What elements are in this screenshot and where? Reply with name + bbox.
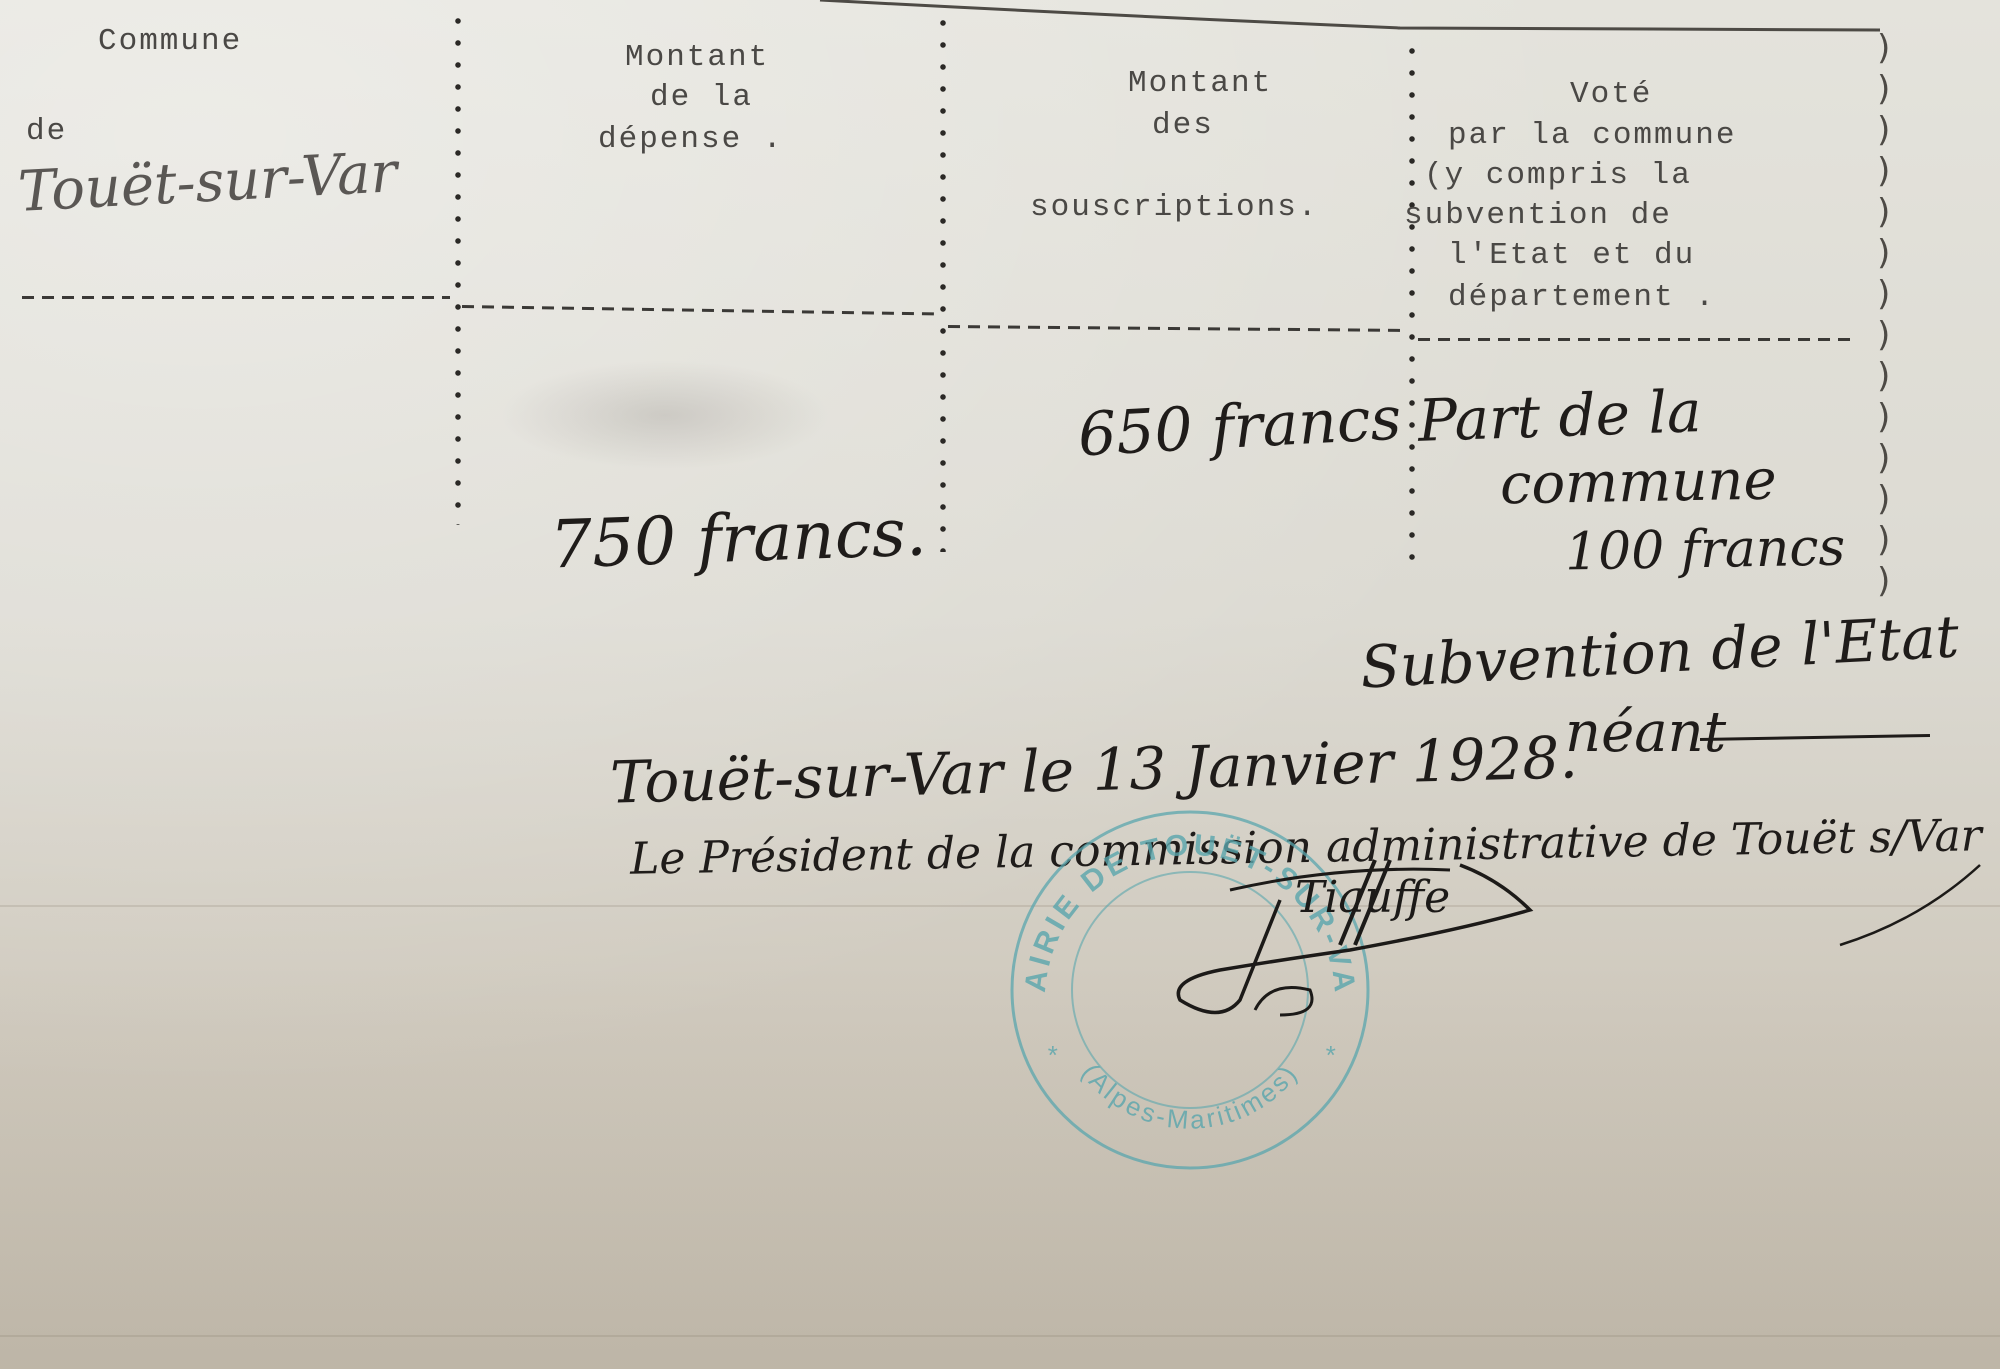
- column-separator: [939, 12, 947, 552]
- column-right-border: ) ) ) ) ) ) ) ) ) ) ) ) ) ): [1874, 28, 1894, 602]
- header-montant-depense-2: de la: [650, 78, 753, 118]
- header-vote-3: (y compris la: [1424, 156, 1692, 196]
- header-separator: [1418, 338, 1858, 342]
- header-separator: [462, 305, 934, 316]
- commune-name: Touët-sur-Var: [17, 140, 399, 225]
- erased-mark: [500, 360, 830, 470]
- header-vote-5: l'Etat et du: [1448, 236, 1695, 276]
- header-vote-1: Voté: [1570, 75, 1652, 115]
- header-souscriptions-3: souscriptions.: [1030, 188, 1318, 228]
- montant-souscriptions-value: 650 francs: [1076, 384, 1403, 471]
- paper-fold-bottom: [0, 1335, 2000, 1337]
- header-vote-6: département .: [1448, 278, 1716, 318]
- vote-commune-line-3: 100 francs: [1564, 518, 1845, 583]
- header-montant-depense-3: dépense .: [598, 120, 783, 160]
- svg-text:(Alpes-Maritimes): (Alpes-Maritimes): [1076, 1058, 1304, 1135]
- svg-text:*: *: [1045, 1043, 1061, 1073]
- header-commune-de: de: [26, 112, 67, 152]
- header-vote-4: subvention de: [1404, 196, 1672, 236]
- header-commune: Commune: [98, 22, 242, 62]
- header-souscriptions-2: des: [1152, 106, 1214, 146]
- column-separator: [1408, 40, 1416, 560]
- column-separator: [454, 10, 462, 525]
- subvention-note: Subvention de l'Etat: [1359, 602, 1961, 701]
- header-separator: [22, 296, 450, 300]
- header-souscriptions-1: Montant: [1128, 64, 1272, 104]
- vote-commune-line-1: Part de la: [1417, 377, 1703, 455]
- signature: Tiauffe: [1160, 850, 1580, 1030]
- signatory-flourish: [1820, 860, 2000, 950]
- vote-commune-line-2: commune: [1499, 448, 1777, 518]
- top-rule: [0, 0, 2000, 60]
- svg-text:Tiauffe: Tiauffe: [1295, 872, 1450, 923]
- svg-text:*: *: [1323, 1043, 1339, 1073]
- neant-underline: [1700, 734, 1930, 741]
- header-separator: [948, 325, 1403, 333]
- paper-fold: [0, 905, 2000, 907]
- header-montant-depense-1: Montant: [625, 38, 769, 78]
- header-vote-2: par la commune: [1448, 116, 1736, 156]
- subvention-neant: néant: [1565, 700, 1726, 765]
- montant-depense-value: 750 francs.: [549, 493, 928, 583]
